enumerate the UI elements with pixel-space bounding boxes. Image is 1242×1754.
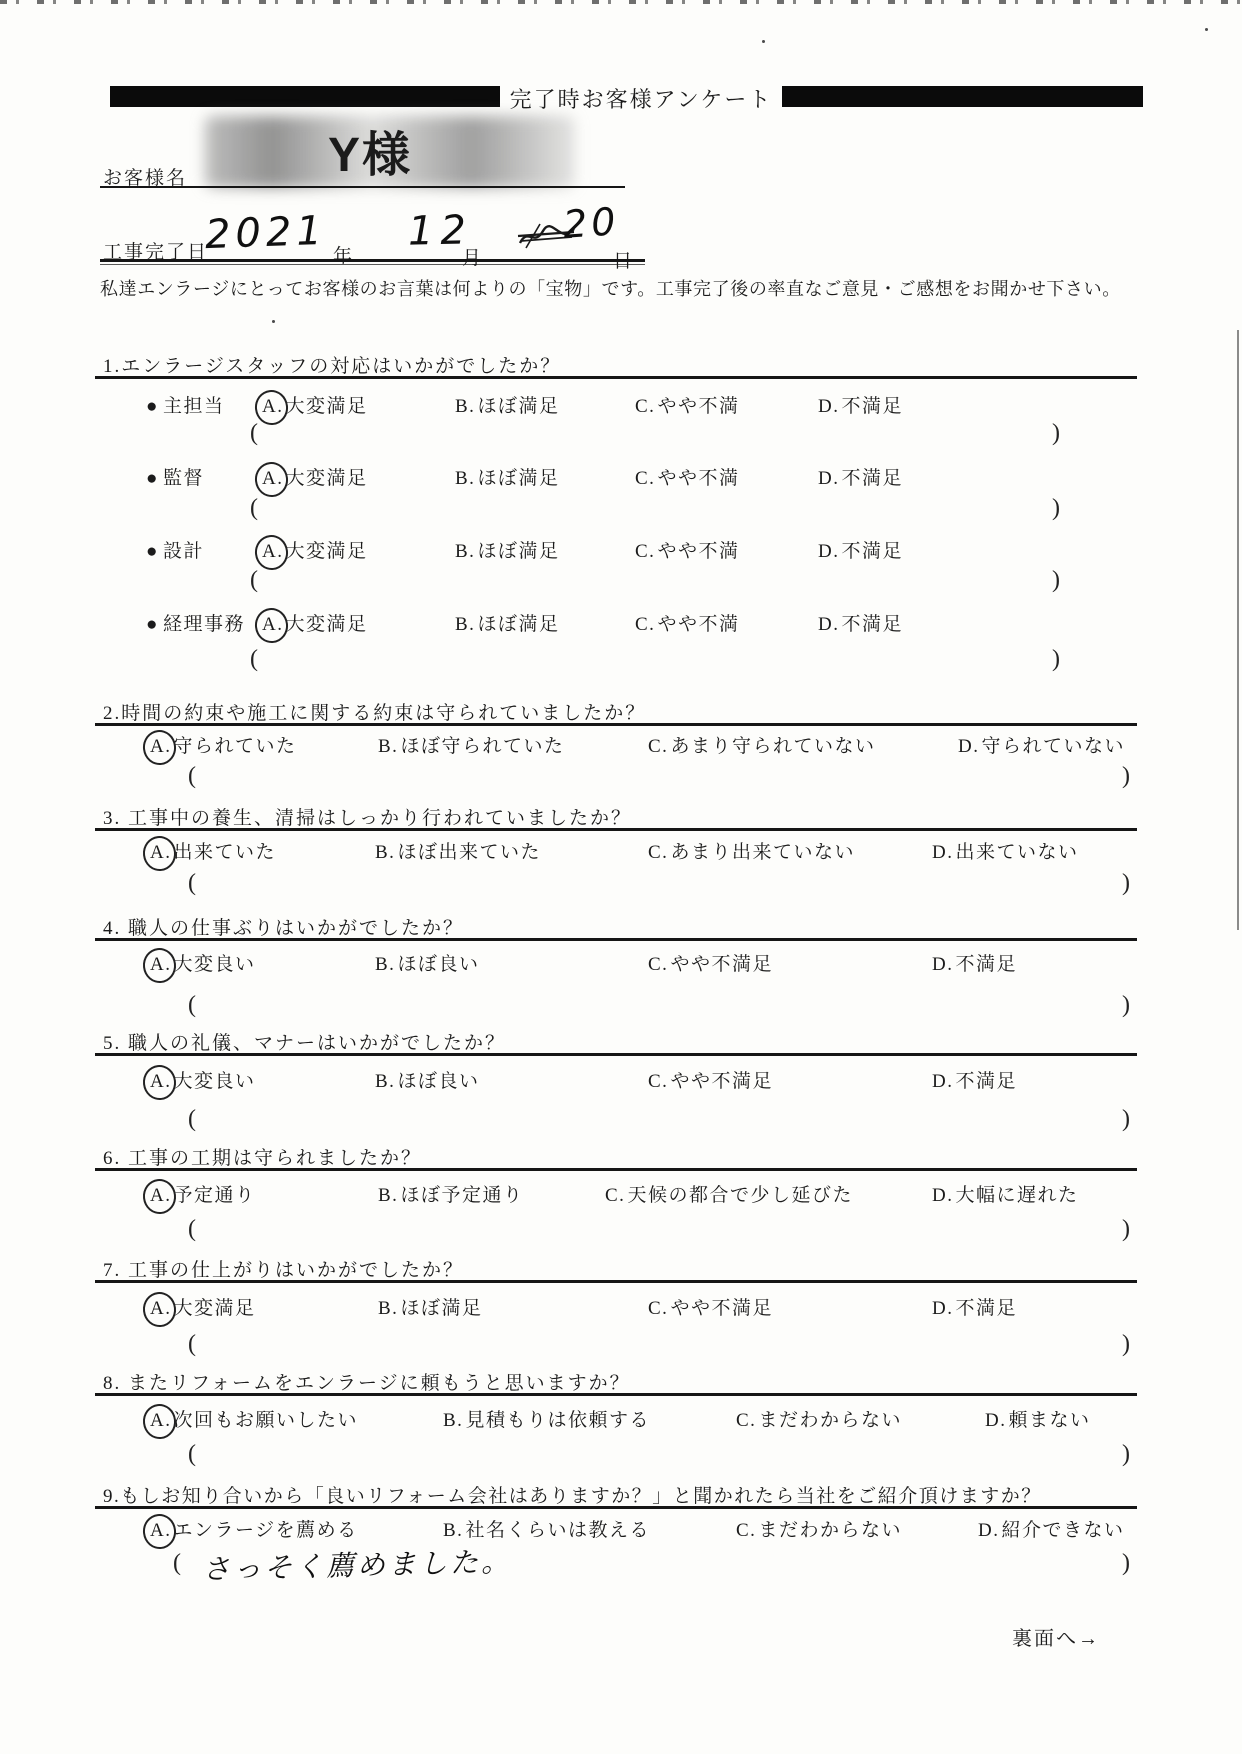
q1-row-supervisor-option-d: D.不満足 <box>818 463 903 490</box>
question-3-title: 3. 工事中の養生、清掃はしっかり行われていましたか？ <box>103 803 632 830</box>
q1-row-design-option-b: B.ほぼ満足 <box>455 536 559 563</box>
bullet-icon: ● <box>146 614 159 635</box>
q1-row-accounting-option-c: C.やや不満 <box>635 609 739 636</box>
q5-comment-close: ) <box>1122 1106 1130 1133</box>
q3-option-a: A.出来ていた <box>150 837 276 864</box>
scan-artifact-right-edge <box>1237 330 1239 930</box>
q8-option-c: C.まだわからない <box>736 1405 902 1432</box>
customer-name: Y様 <box>328 116 412 185</box>
back-page-note: 裏面へ→ <box>1012 1622 1100 1651</box>
question-1-title: 1.エンラージスタッフの対応はいかがでしたか？ <box>103 351 561 378</box>
q7-comment-open: ( <box>188 1331 196 1358</box>
question-7-underline <box>95 1280 1137 1283</box>
bullet-icon: ● <box>146 541 159 562</box>
q6-option-d: D.大幅に遅れた <box>932 1180 1079 1207</box>
q1-row-accounting-option-a: A.大変満足 <box>262 609 368 636</box>
q2-option-d: D.守られていない <box>958 731 1125 758</box>
q1-row-accounting-option-d: D.不満足 <box>818 609 903 636</box>
header-bar-right <box>782 86 1143 107</box>
question-6-underline <box>95 1168 1137 1171</box>
q1-row-accounting-answer-circle: A. <box>262 614 283 636</box>
scan-artifact-dot <box>762 40 765 43</box>
q9-comment-close: ) <box>1122 1550 1130 1577</box>
q1-row-design-option-c: C.やや不満 <box>635 536 739 563</box>
q4-option-c: C.やや不満足 <box>648 949 773 976</box>
question-9-title: 9.もしお知り合いから「良いリフォーム会社はありますか？」と聞かれたら当社をご紹… <box>103 1481 1042 1508</box>
q2-option-a: A.守られていた <box>150 731 297 758</box>
q9-answer-circle: A. <box>150 1520 171 1542</box>
question-5-title: 5. 職人の礼儀、マナーはいかがでしたか？ <box>103 1028 506 1055</box>
q1-row-supervisor-label: 監督 <box>163 468 204 489</box>
page-title: 完了時お客様アンケート <box>505 83 777 114</box>
q7-option-b: B.ほぼ満足 <box>378 1293 482 1320</box>
question-3-underline <box>95 828 1137 831</box>
q3-option-b: B.ほぼ出来ていた <box>375 837 541 864</box>
bullet-icon: ● <box>146 396 159 417</box>
q6-option-b: B.ほぼ予定通り <box>378 1180 523 1207</box>
q1-row-main-rep-label: 主担当 <box>163 396 225 417</box>
q1-row-design-answer-circle: A. <box>262 541 283 563</box>
q3-comment-close: ) <box>1122 870 1130 897</box>
q4-answer-circle: A. <box>150 954 171 976</box>
q1-row-design-option-d: D.不満足 <box>818 536 903 563</box>
date-year-value: 2021 <box>204 208 327 258</box>
q4-option-b: B.ほぼ良い <box>375 949 479 976</box>
q6-option-a: A.予定通り <box>150 1180 256 1207</box>
q1-row-main-rep-option-b: B.ほぼ満足 <box>455 391 559 418</box>
q1-row-accounting-comment-close: ) <box>1052 646 1060 673</box>
q1-row-accounting-subject: ●経理事務 <box>146 609 245 636</box>
q2-comment-open: ( <box>188 763 196 790</box>
date-day-value: 20 <box>562 199 621 247</box>
q1-row-design-comment-close: ) <box>1052 567 1060 594</box>
q9-option-c: C.まだわからない <box>736 1515 902 1542</box>
q8-option-a: A.次回もお願いしたい <box>150 1405 358 1432</box>
q5-option-d: D.不満足 <box>932 1066 1017 1093</box>
q1-row-supervisor-option-c: C.やや不満 <box>635 463 739 490</box>
question-4-title: 4. 職人の仕事ぶりはいかがでしたか？ <box>103 913 464 940</box>
question-9-underline <box>95 1506 1137 1509</box>
q4-comment-open: ( <box>188 992 196 1019</box>
q9-comment-open: ( <box>173 1550 181 1577</box>
q9-handwritten-comment: さっそく薦めました。 <box>202 1540 513 1588</box>
q5-option-a: A.大変良い <box>150 1066 256 1093</box>
bullet-icon: ● <box>146 468 159 489</box>
q7-option-a: A.大変満足 <box>150 1293 256 1320</box>
q1-row-main-rep-comment-open: ( <box>250 420 258 447</box>
question-5-underline <box>95 1053 1137 1056</box>
q8-option-b: B.見積もりは依頼する <box>443 1405 650 1432</box>
q5-answer-circle: A. <box>150 1071 171 1093</box>
q1-row-design-subject: ●設計 <box>146 536 204 563</box>
question-4-underline <box>95 938 1137 941</box>
header-bar-left <box>110 86 500 107</box>
q1-row-main-rep-subject: ●主担当 <box>146 391 225 418</box>
q7-option-c: C.やや不満足 <box>648 1293 773 1320</box>
customer-name-underline <box>100 186 625 188</box>
q9-option-a: A.エンラージを薦める <box>150 1515 358 1542</box>
scan-artifact-dot <box>272 320 275 323</box>
question-2-underline <box>95 723 1137 726</box>
question-6-title: 6. 工事の工期は守られましたか？ <box>103 1143 422 1170</box>
question-2-title: 2.時間の約束や施工に関する約束は守られていましたか？ <box>103 698 646 725</box>
scan-artifact-dot <box>1205 28 1208 31</box>
question-7-title: 7. 工事の仕上がりはいかがでしたか？ <box>103 1255 464 1282</box>
q3-answer-circle: A. <box>150 842 171 864</box>
q8-comment-open: ( <box>188 1441 196 1468</box>
q1-row-supervisor-subject: ●監督 <box>146 463 204 490</box>
q1-row-main-rep-option-a: A.大変満足 <box>262 391 368 418</box>
q2-answer-circle: A. <box>150 736 171 758</box>
q1-row-main-rep-answer-circle: A. <box>262 396 283 418</box>
q1-row-supervisor-answer-circle: A. <box>262 468 283 490</box>
q6-comment-close: ) <box>1122 1216 1130 1243</box>
date-underline <box>100 259 645 262</box>
q1-row-design-label: 設計 <box>163 541 204 562</box>
q9-option-d: D.紹介できない <box>978 1515 1125 1542</box>
q8-option-d: D.頼まない <box>985 1405 1091 1432</box>
q1-row-design-comment-open: ( <box>250 567 258 594</box>
intro-text: 私達エンラージにとってお客様のお言葉は何よりの「宝物」です。工事完了後の率直なご… <box>100 275 1121 301</box>
question-8-underline <box>95 1393 1137 1396</box>
q4-option-d: D.不満足 <box>932 949 1017 976</box>
q1-row-main-rep-comment-close: ) <box>1052 420 1060 447</box>
q6-comment-open: ( <box>188 1216 196 1243</box>
q8-answer-circle: A. <box>150 1410 171 1432</box>
q2-comment-close: ) <box>1122 763 1130 790</box>
q5-comment-open: ( <box>188 1106 196 1133</box>
q1-row-design-option-a: A.大変満足 <box>262 536 368 563</box>
q1-row-supervisor-option-b: B.ほぼ満足 <box>455 463 559 490</box>
q3-comment-open: ( <box>188 870 196 897</box>
q6-answer-circle: A. <box>150 1185 171 1207</box>
q1-row-supervisor-option-a: A.大変満足 <box>262 463 368 490</box>
scan-artifact-top <box>0 0 1242 4</box>
q1-row-supervisor-comment-close: ) <box>1052 495 1060 522</box>
q2-option-b: B.ほぼ守られていた <box>378 731 564 758</box>
q4-option-a: A.大変良い <box>150 949 256 976</box>
survey-scan-page: 完了時お客様アンケート お客様名 Y様 工事完了日 2021 年 12 月 20… <box>0 0 1242 1754</box>
date-underline-ghost <box>100 264 645 265</box>
q4-comment-close: ) <box>1122 992 1130 1019</box>
q3-option-d: D.出来ていない <box>932 837 1079 864</box>
q5-option-b: B.ほぼ良い <box>375 1066 479 1093</box>
q1-row-supervisor-comment-open: ( <box>250 495 258 522</box>
q2-option-c: C.あまり守られていない <box>648 731 875 758</box>
q5-option-c: C.やや不満足 <box>648 1066 773 1093</box>
q6-option-c: C.天候の都合で少し延びた <box>605 1180 853 1207</box>
question-8-title: 8. またリフォームをエンラージに頼もうと思いますか？ <box>103 1368 631 1395</box>
date-month-unit: 月 <box>462 243 483 270</box>
q3-option-c: C.あまり出来ていない <box>648 837 855 864</box>
q1-row-accounting-comment-open: ( <box>250 646 258 673</box>
q1-row-main-rep-option-d: D.不満足 <box>818 391 903 418</box>
question-1-underline <box>95 376 1137 379</box>
q1-row-main-rep-option-c: C.やや不満 <box>635 391 739 418</box>
q1-row-accounting-option-b: B.ほぼ満足 <box>455 609 559 636</box>
q7-comment-close: ) <box>1122 1331 1130 1358</box>
q1-row-accounting-label: 経理事務 <box>163 614 245 635</box>
q8-comment-close: ) <box>1122 1441 1130 1468</box>
q7-answer-circle: A. <box>150 1298 171 1320</box>
q7-option-d: D.不満足 <box>932 1293 1017 1320</box>
q9-option-b: B.社名くらいは教える <box>443 1515 650 1542</box>
